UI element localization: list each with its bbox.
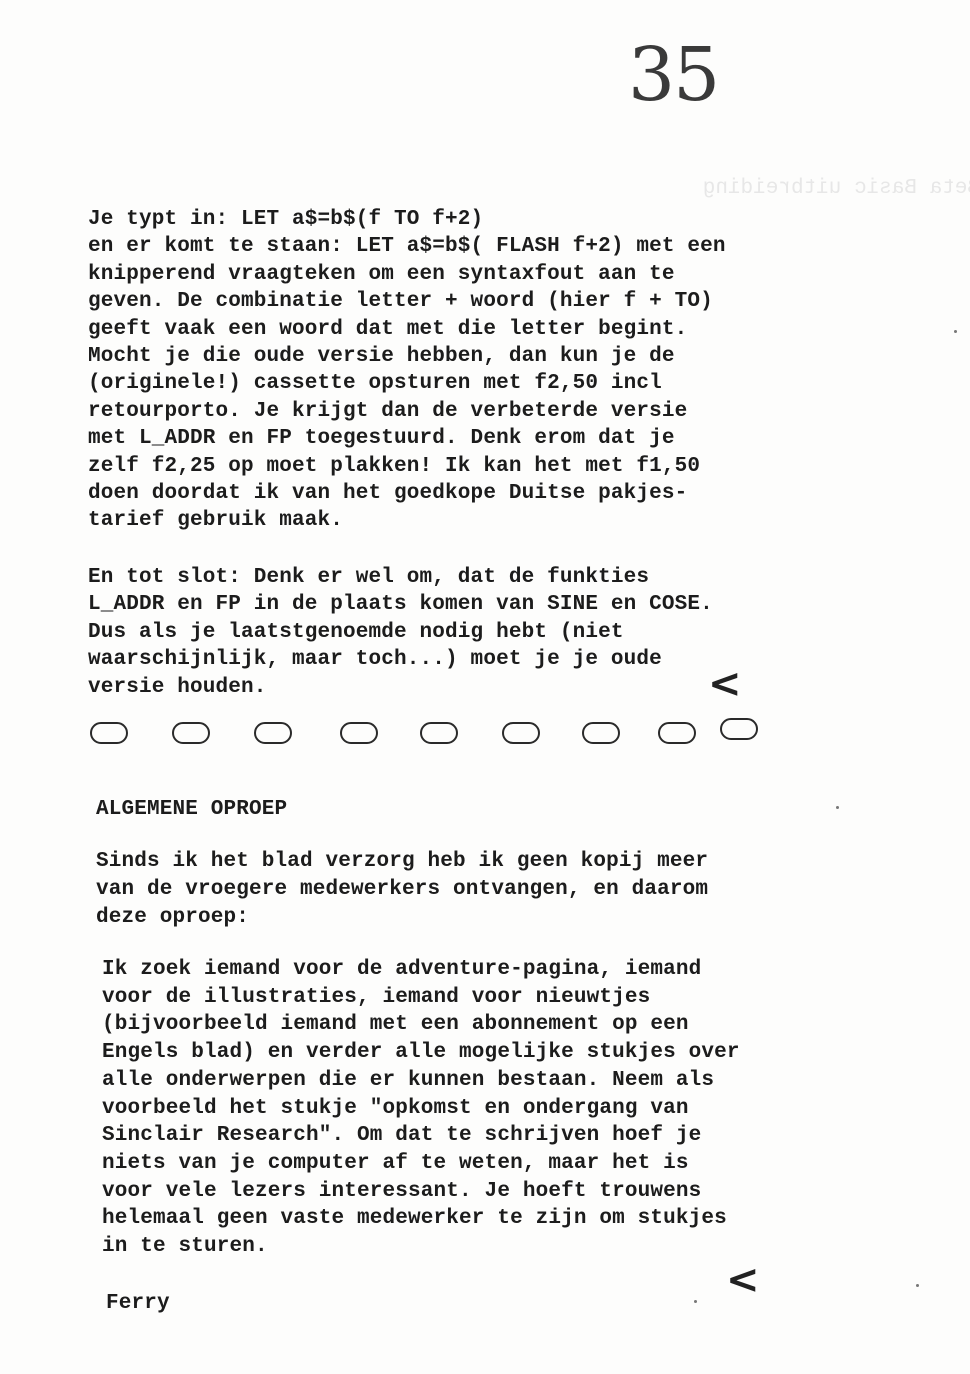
text-line: (originele!) cassette opsturen met f2,50… [88,370,726,397]
text-line: retourporto. Je krijgt dan de verbeterde… [88,398,726,425]
paper-speck [954,330,957,333]
text-line: tarief gebruik maak. [88,507,726,534]
oval-separator-icon [502,722,540,744]
text-line: voorbeeld het stukje "opkomst en onderga… [102,1095,740,1123]
text-line: L_ADDR en FP in de plaats komen van SINE… [88,591,713,618]
text-line: Sinds ik het blad verzorg heb ik geen ko… [96,848,708,876]
text-line: niets van je computer af te weten, maar … [102,1150,740,1178]
bleed-through-heading: Beta Basic uitbreiding [703,177,970,200]
paper-speck [916,1284,919,1287]
intro-paragraph: Je typt in: LET a$=b$(f TO f+2)en er kom… [88,206,726,535]
oval-separator-row [90,720,770,750]
text-line: geeft vaak een woord dat met die letter … [88,316,726,343]
text-line: zelf f2,25 op moet plakken! Ik kan het m… [88,453,726,480]
text-line: En tot slot: Denk er wel om, dat de funk… [88,564,713,591]
text-line: voor de illustraties, iemand voor nieuwt… [102,984,740,1012]
oval-separator-icon [254,722,292,744]
oval-separator-icon [658,722,696,744]
oval-separator-icon [720,718,758,740]
text-line: Sinclair Research". Om dat te schrijven … [102,1122,740,1150]
text-line: voor vele lezers interessant. Je hoeft t… [102,1178,740,1206]
text-line: Engels blad) en verder alle mogelijke st… [102,1039,740,1067]
text-line: geven. De combinatie letter + woord (hie… [88,288,726,315]
margin-check-mark-icon: < [726,1260,760,1300]
text-line: helemaal geen vaste medewerker te zijn o… [102,1205,740,1233]
text-line: knipperend vraagteken om een syntaxfout … [88,261,726,288]
text-line: deze oproep: [96,904,708,932]
signature: Ferry [106,1290,170,1317]
call-intro-paragraph: Sinds ik het blad verzorg heb ik geen ko… [96,848,708,931]
closing-paragraph: En tot slot: Denk er wel om, dat de funk… [88,564,713,701]
text-line: Je typt in: LET a$=b$(f TO f+2) [88,206,726,233]
text-line: en er komt te staan: LET a$=b$( FLASH f+… [88,233,726,260]
text-line: Mocht je die oude versie hebben, dan kun… [88,343,726,370]
text-line: Ik zoek iemand voor de adventure-pagina,… [102,956,740,984]
oval-separator-icon [90,722,128,744]
paper-speck [836,806,839,809]
text-line: Dus als je laatstgenoemde nodig hebt (ni… [88,619,713,646]
oval-separator-icon [340,722,378,744]
text-line: doen doordat ik van het goedkope Duitse … [88,480,726,507]
oval-separator-icon [420,722,458,744]
text-line: in te sturen. [102,1233,740,1261]
document-page: Beta Basic uitbreiding 35 Je typt in: LE… [0,0,970,1374]
text-line: met L_ADDR en FP toegestuurd. Denk erom … [88,425,726,452]
margin-check-mark-icon: < [708,664,742,704]
paper-speck [694,1300,697,1303]
oval-separator-icon [582,722,620,744]
text-line: alle onderwerpen die er kunnen bestaan. … [102,1067,740,1095]
text-line: (bijvoorbeeld iemand met een abonnement … [102,1011,740,1039]
call-body-paragraph: Ik zoek iemand voor de adventure-pagina,… [102,956,740,1261]
section-heading: ALGEMENE OPROEP [96,796,287,823]
page-number: 35 [628,38,718,112]
oval-separator-icon [172,722,210,744]
text-line: waarschijnlijk, maar toch...) moet je je… [88,646,713,673]
text-line: versie houden. [88,674,713,701]
text-line: van de vroegere medewerkers ontvangen, e… [96,876,708,904]
